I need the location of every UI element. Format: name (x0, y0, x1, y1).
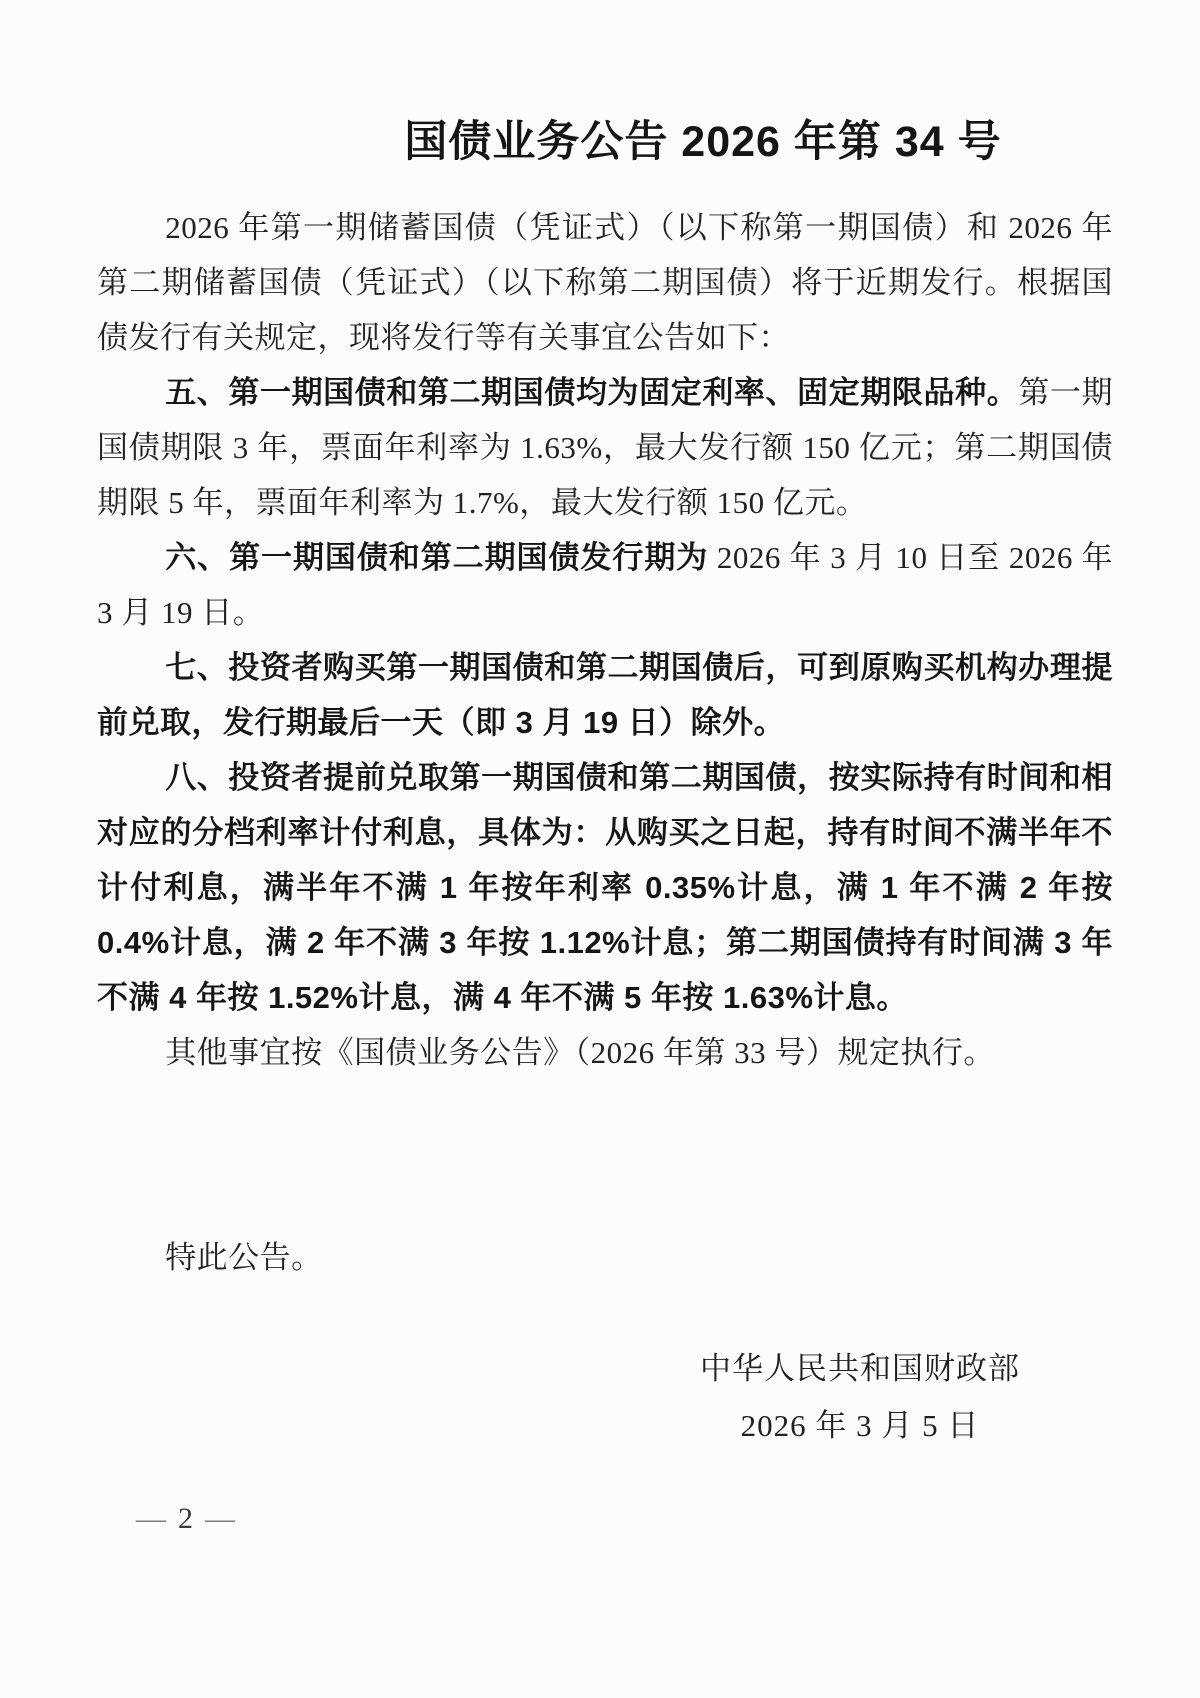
signature-block: 中华人民共和国财政部 2026 年 3 月 5 日 (700, 1340, 1020, 1454)
page-number-value: 2 (178, 1502, 195, 1535)
text-run: 2026 年第一期储蓄国债（凭证式）（以下称第一期国债）和 2026 年第二期储… (97, 210, 1113, 355)
section-6-heading-run: 六、第一期国债和第二期国债发行期为 (165, 540, 708, 575)
section-8-text-run: 八、投资者提前兑取第一期国债和第二期国债，按实际持有时间和相对应的分档利率计付利… (97, 760, 1113, 1015)
section-5-paragraph: 五、第一期国债和第二期国债均为固定利率、固定期限品种。第一期国债期限 3 年，票… (97, 365, 1113, 530)
closing-paragraph: 特此公告。 (97, 1230, 1113, 1285)
signature-issuer: 中华人民共和国财政部 (700, 1340, 1020, 1397)
section-7-paragraph: 七、投资者购买第一期国债和第二期国债后，可到原购买机构办理提前兑取，发行期最后一… (97, 640, 1113, 750)
document-page: 国债业务公告 2026 年第 34 号 2026 年第一期储蓄国债（凭证式）（以… (0, 0, 1200, 1698)
text-run: 特此公告。 (165, 1240, 323, 1275)
document-content: 国债业务公告 2026 年第 34 号 2026 年第一期储蓄国债（凭证式）（以… (97, 112, 1113, 1454)
section-7-text-run: 七、投资者购买第一期国债和第二期国债后，可到原购买机构办理提前兑取，发行期最后一… (97, 650, 1113, 740)
section-5-heading-run: 五、第一期国债和第二期国债均为固定利率、固定期限品种。 (165, 375, 1018, 410)
page-number-dash-right: — (195, 1502, 247, 1535)
other-matters-paragraph: 其他事宜按《国债业务公告》（2026 年第 33 号）规定执行。 (97, 1025, 1113, 1080)
section-8-paragraph: 八、投资者提前兑取第一期国债和第二期国债，按实际持有时间和相对应的分档利率计付利… (97, 750, 1113, 1025)
section-6-paragraph: 六、第一期国债和第二期国债发行期为 2026 年 3 月 10 日至 2026 … (97, 530, 1113, 640)
signature-date: 2026 年 3 月 5 日 (700, 1397, 1020, 1454)
page-number-dash-left: — (126, 1502, 178, 1535)
document-title: 国债业务公告 2026 年第 34 号 (195, 112, 1200, 172)
text-run: 其他事宜按《国债业务公告》（2026 年第 33 号）规定执行。 (165, 1035, 995, 1070)
page-number: —2— (126, 1498, 247, 1540)
intro-paragraph: 2026 年第一期储蓄国债（凭证式）（以下称第一期国债）和 2026 年第二期储… (97, 200, 1113, 365)
